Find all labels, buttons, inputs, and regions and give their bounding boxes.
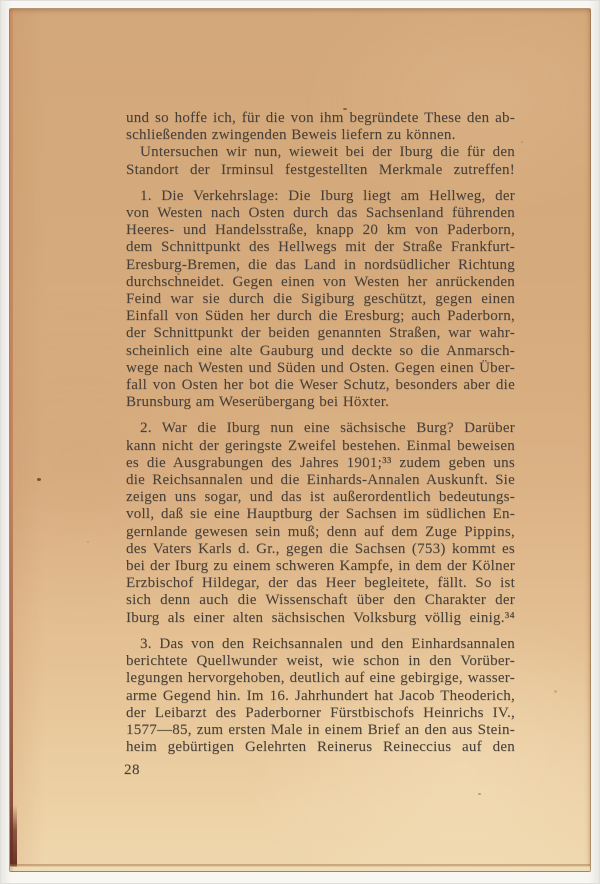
text-line: kann nicht der geringste Zweifel bestehe… xyxy=(126,438,515,455)
paragraph: 1. Die Verkehrslage: Die Iburg liegt am … xyxy=(126,188,515,412)
text-line: voll, daß sie eine Hauptburg der Sachsen… xyxy=(126,506,515,523)
text-line: Standort der Irminsul festgestellten Mer… xyxy=(126,162,515,179)
text-line: sich denn auch die Wissenschaft über den… xyxy=(126,592,515,609)
text-block: und so hoffe ich, für die von ihm begrün… xyxy=(126,110,515,756)
page-left-edge-shadow xyxy=(10,9,13,871)
text-line: Einfall von Süden her durch die Eresburg… xyxy=(126,308,515,325)
paragraph: und so hoffe ich, für die von ihm begrün… xyxy=(126,110,515,144)
book-page: und so hoffe ich, für die von ihm begrün… xyxy=(9,8,591,872)
text-line: Eresburg-Bremen, die das Land in nordsüd… xyxy=(126,257,515,274)
text-line: gernlande gewesen sein muß; denn auf dem… xyxy=(126,524,515,541)
text-line: arme Gegend hin. Im 16. Jahrhundert hat … xyxy=(126,688,515,705)
paper-speck xyxy=(521,141,523,143)
text-line: wege nach Westen und Süden und Osten. Ge… xyxy=(126,360,515,377)
text-line: und so hoffe ich, für die von ihm begrün… xyxy=(126,110,515,127)
text-line: Erzbischof Hildegar, der das Heer beglei… xyxy=(126,575,515,592)
text-line: die Reichsannalen und die Einhards-Annal… xyxy=(126,472,515,489)
paper-speck xyxy=(37,478,41,481)
text-line: dem Schnittpunkt des Hellwegs mit der St… xyxy=(126,239,515,256)
text-line: der Schnittpunkt der beiden genannten St… xyxy=(126,325,515,342)
text-line: durchschneidet. Gegen einen von Westen h… xyxy=(126,274,515,291)
text-line: zeigen uns sogar, und das ist außerorden… xyxy=(126,489,515,506)
scanned-book-page-screenshot: und so hoffe ich, für die von ihm begrün… xyxy=(0,0,600,884)
page-number: 28 xyxy=(124,762,140,779)
paragraph: 3. Das von den Reichsannalen und den Ein… xyxy=(126,636,515,756)
text-line: heim gebürtigen Gelehrten Reinerus Reine… xyxy=(126,739,515,756)
paragraph: Untersuchen wir nun, wieweit bei der Ibu… xyxy=(126,144,515,178)
text-line: von Westen nach Osten durch das Sachsenl… xyxy=(126,205,515,222)
text-line: legungen hervorgehoben, deutlich auf ein… xyxy=(126,670,515,687)
text-line: bei der Iburg zu einem schweren Kampfe, … xyxy=(126,558,515,575)
text-line: Untersuchen wir nun, wieweit bei der Ibu… xyxy=(126,144,515,161)
text-line: 3. Das von den Reichsannalen und den Ein… xyxy=(126,636,515,653)
text-line: der Leibarzt des Paderborner Fürstbischo… xyxy=(126,705,515,722)
text-line: Feind war sie durch die Sigiburg geschüt… xyxy=(126,291,515,308)
text-line: es die Ausgrabungen des Jahres 1901;³³ z… xyxy=(126,455,515,472)
paper-speck xyxy=(87,541,89,543)
text-line: Heeres- und Handelsstraße, knapp 20 km v… xyxy=(126,222,515,239)
paragraph: 2. War die Iburg nun eine sächsische Bur… xyxy=(126,420,515,626)
text-line: Brunsburg am Weserübergang bei Höxter. xyxy=(126,394,515,411)
text-line: Iburg als einer alten sächsischen Volksb… xyxy=(126,610,515,627)
paper-speck xyxy=(554,690,557,693)
text-line: scheinlich eine alte Gauburg und deckte … xyxy=(126,343,515,360)
dark-corner-backing xyxy=(10,805,17,867)
text-line: 1577—85, zum ersten Male in einem Brief … xyxy=(126,722,515,739)
text-line: 1. Die Verkehrslage: Die Iburg liegt am … xyxy=(126,188,515,205)
text-line: berichtete Quellwunder weist, wie schon … xyxy=(126,653,515,670)
text-line: des Vaters Karls d. Gr., gegen die Sachs… xyxy=(126,541,515,558)
paper-speck xyxy=(478,793,481,795)
text-line: 2. War die Iburg nun eine sächsische Bur… xyxy=(126,420,515,437)
text-line: schließenden zwingenden Beweis liefern z… xyxy=(126,127,515,144)
text-line: fall von Osten her bot die Weser Schutz,… xyxy=(126,377,515,394)
page-bottom-deckle-edge xyxy=(10,864,590,871)
